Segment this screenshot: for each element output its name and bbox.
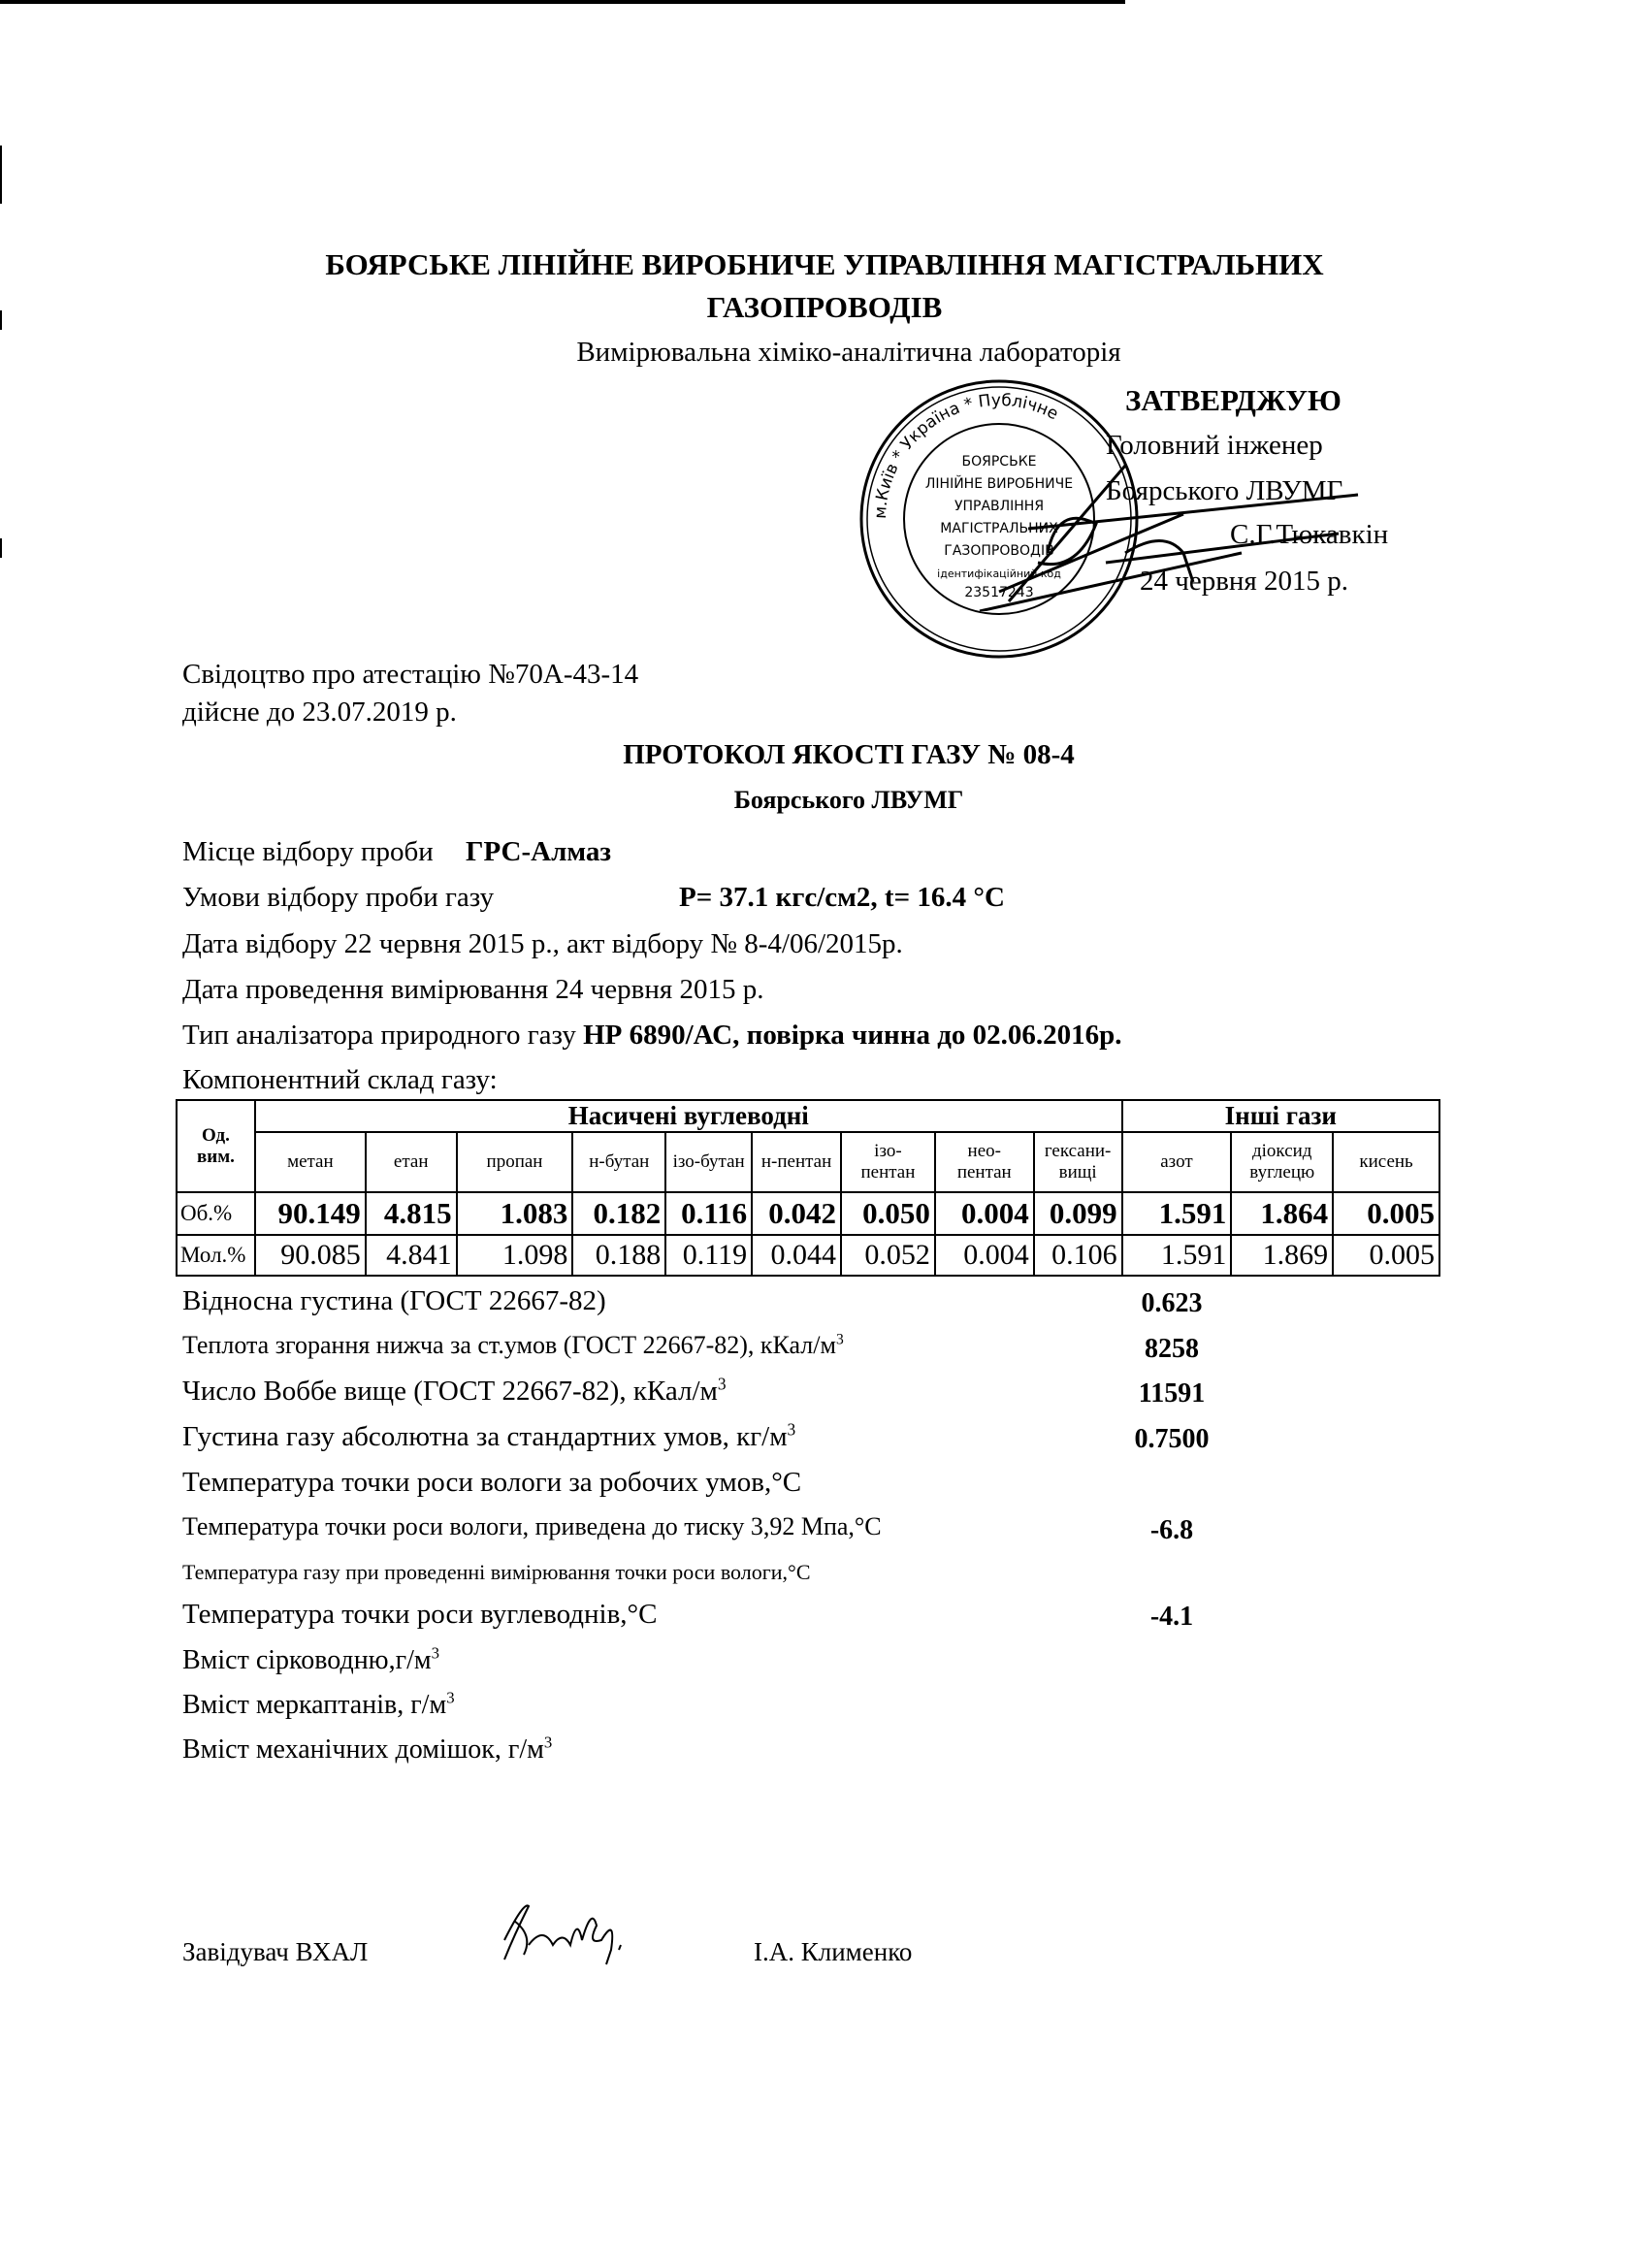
measurement-date: Дата проведення вимірювання 24 червня 20… <box>182 974 763 1006</box>
group-header-other-gases: Інші гази <box>1122 1100 1439 1132</box>
table-cell: 0.004 <box>935 1192 1034 1235</box>
column-header: пропан <box>457 1132 573 1192</box>
table-cell: 4.841 <box>366 1235 457 1276</box>
organization-title: БОЯРСЬКЕ ЛІНІЙНЕ ВИРОБНИЧЕ УПРАВЛІННЯ МА… <box>0 247 1649 282</box>
property-label: Температура точки роси вуглеводнів,°С <box>182 1599 657 1631</box>
property-label: Вміст сірководню,г/м3 <box>182 1645 439 1676</box>
table-cell: 0.099 <box>1034 1192 1122 1235</box>
approval-title: ЗАТВЕРДЖУЮ <box>1125 383 1342 418</box>
table-cell: 1.869 <box>1231 1235 1333 1276</box>
column-header: гексани-вищі <box>1034 1132 1122 1192</box>
column-header: кисень <box>1333 1132 1439 1192</box>
column-header: діоксидвуглецю <box>1231 1132 1333 1192</box>
column-header: етан <box>366 1132 457 1192</box>
table-cell: 0.042 <box>752 1192 841 1235</box>
property-value: 0.623 <box>1084 1288 1259 1319</box>
property-value: -6.8 <box>1084 1515 1259 1546</box>
organization-title-line2: ГАЗОПРОВОДІВ <box>0 290 1649 325</box>
column-header: ізо-пентан <box>841 1132 935 1192</box>
property-label: Вміст меркаптанів, г/м3 <box>182 1690 455 1721</box>
column-header: метан <box>255 1132 366 1192</box>
column-header: ізо-бутан <box>665 1132 752 1192</box>
table-cell: 0.004 <box>935 1235 1034 1276</box>
gas-composition-table: Од.вим. Насичені вуглеводні Інші гази ме… <box>176 1099 1440 1277</box>
scan-edge-top <box>0 0 1125 4</box>
property-label: Температура газу при проведенні вимірюва… <box>182 1560 811 1585</box>
table-cell: 1.098 <box>457 1235 573 1276</box>
property-value: 8258 <box>1084 1334 1259 1365</box>
scan-edge-mark <box>0 146 2 204</box>
sampling-place-value: ГРС-Алмаз <box>466 836 611 867</box>
protocol-subtitle: Боярського ЛВУМГ <box>0 786 1649 815</box>
signer-name: І.А. Клименко <box>754 1937 912 1967</box>
property-label: Теплота згорання нижча за ст.умов (ГОСТ … <box>182 1331 844 1360</box>
column-header: н-пентан <box>752 1132 841 1192</box>
property-label: Густина газу абсолютна за стандартних ум… <box>182 1421 795 1453</box>
table-cell: 0.188 <box>572 1235 665 1276</box>
analyzer-value: НР 6890/АС, повірка чинна до 02.06.2016р… <box>583 1020 1121 1051</box>
composition-label: Компонентний склад газу: <box>182 1064 498 1096</box>
row-unit: Мол.% <box>177 1235 255 1276</box>
table-cell: 0.052 <box>841 1235 935 1276</box>
table-cell: 0.119 <box>665 1235 752 1276</box>
table-cell: 1.591 <box>1122 1235 1232 1276</box>
property-label: Число Воббе вище (ГОСТ 22667-82), кКал/м… <box>182 1376 727 1408</box>
table-cell: 90.085 <box>255 1235 366 1276</box>
table-cell: 4.815 <box>366 1192 457 1235</box>
property-value: 0.7500 <box>1084 1424 1259 1455</box>
table-row: Мол.%90.0854.8411.0980.1880.1190.0440.05… <box>177 1235 1439 1276</box>
property-value: 11591 <box>1084 1378 1259 1409</box>
table-row: Об.%90.1494.8151.0830.1820.1160.0420.050… <box>177 1192 1439 1235</box>
approver-signature-icon <box>970 437 1406 611</box>
table-cell: 0.050 <box>841 1192 935 1235</box>
property-label: Відносна густина (ГОСТ 22667-82) <box>182 1285 606 1317</box>
table-cell: 1.591 <box>1122 1192 1232 1235</box>
property-label: Вміст механічних домішок, г/м3 <box>182 1734 552 1766</box>
table-cell: 0.005 <box>1333 1192 1439 1235</box>
unit-header: Од.вим. <box>177 1100 255 1192</box>
property-value: -4.1 <box>1084 1602 1259 1633</box>
sampling-conditions-value: P= 37.1 кгс/см2, t= 16.4 °С <box>679 882 1005 914</box>
sampling-place-label: Місце відбору проби <box>182 836 434 867</box>
table-cell: 0.182 <box>572 1192 665 1235</box>
table-cell: 0.106 <box>1034 1235 1122 1276</box>
property-label: Температура точки роси вологи за робочих… <box>182 1467 801 1499</box>
laboratory-name: Вимірювальна хіміко-аналітична лаборатор… <box>0 337 1649 369</box>
analyzer-label: Тип аналізатора природного газу <box>182 1020 576 1051</box>
certificate-number: Свідоцтво про атестацію №70А-43-14 <box>182 659 638 691</box>
table-cell: 0.116 <box>665 1192 752 1235</box>
certificate-validity: дійсне до 23.07.2019 р. <box>182 697 457 729</box>
table-cell: 0.044 <box>752 1235 841 1276</box>
property-label: Температура точки роси вологи, приведена… <box>182 1512 882 1541</box>
sampling-date: Дата відбору 22 червня 2015 р., акт відб… <box>182 928 903 960</box>
signer-position: Завідувач ВХАЛ <box>182 1937 368 1967</box>
table-cell: 1.083 <box>457 1192 573 1235</box>
column-header: азот <box>1122 1132 1232 1192</box>
scan-edge-mark <box>0 538 2 558</box>
table-cell: 90.149 <box>255 1192 366 1235</box>
row-unit: Об.% <box>177 1192 255 1235</box>
column-header: н-бутан <box>572 1132 665 1192</box>
protocol-title: ПРОТОКОЛ ЯКОСТІ ГАЗУ № 08-4 <box>0 739 1649 771</box>
group-header-hydrocarbons: Насичені вуглеводні <box>255 1100 1122 1132</box>
table-cell: 0.005 <box>1333 1235 1439 1276</box>
column-header: нео-пентан <box>935 1132 1034 1192</box>
head-signature-icon <box>485 1896 650 1974</box>
sampling-conditions-label: Умови відбору проби газу <box>182 882 494 914</box>
table-cell: 1.864 <box>1231 1192 1333 1235</box>
